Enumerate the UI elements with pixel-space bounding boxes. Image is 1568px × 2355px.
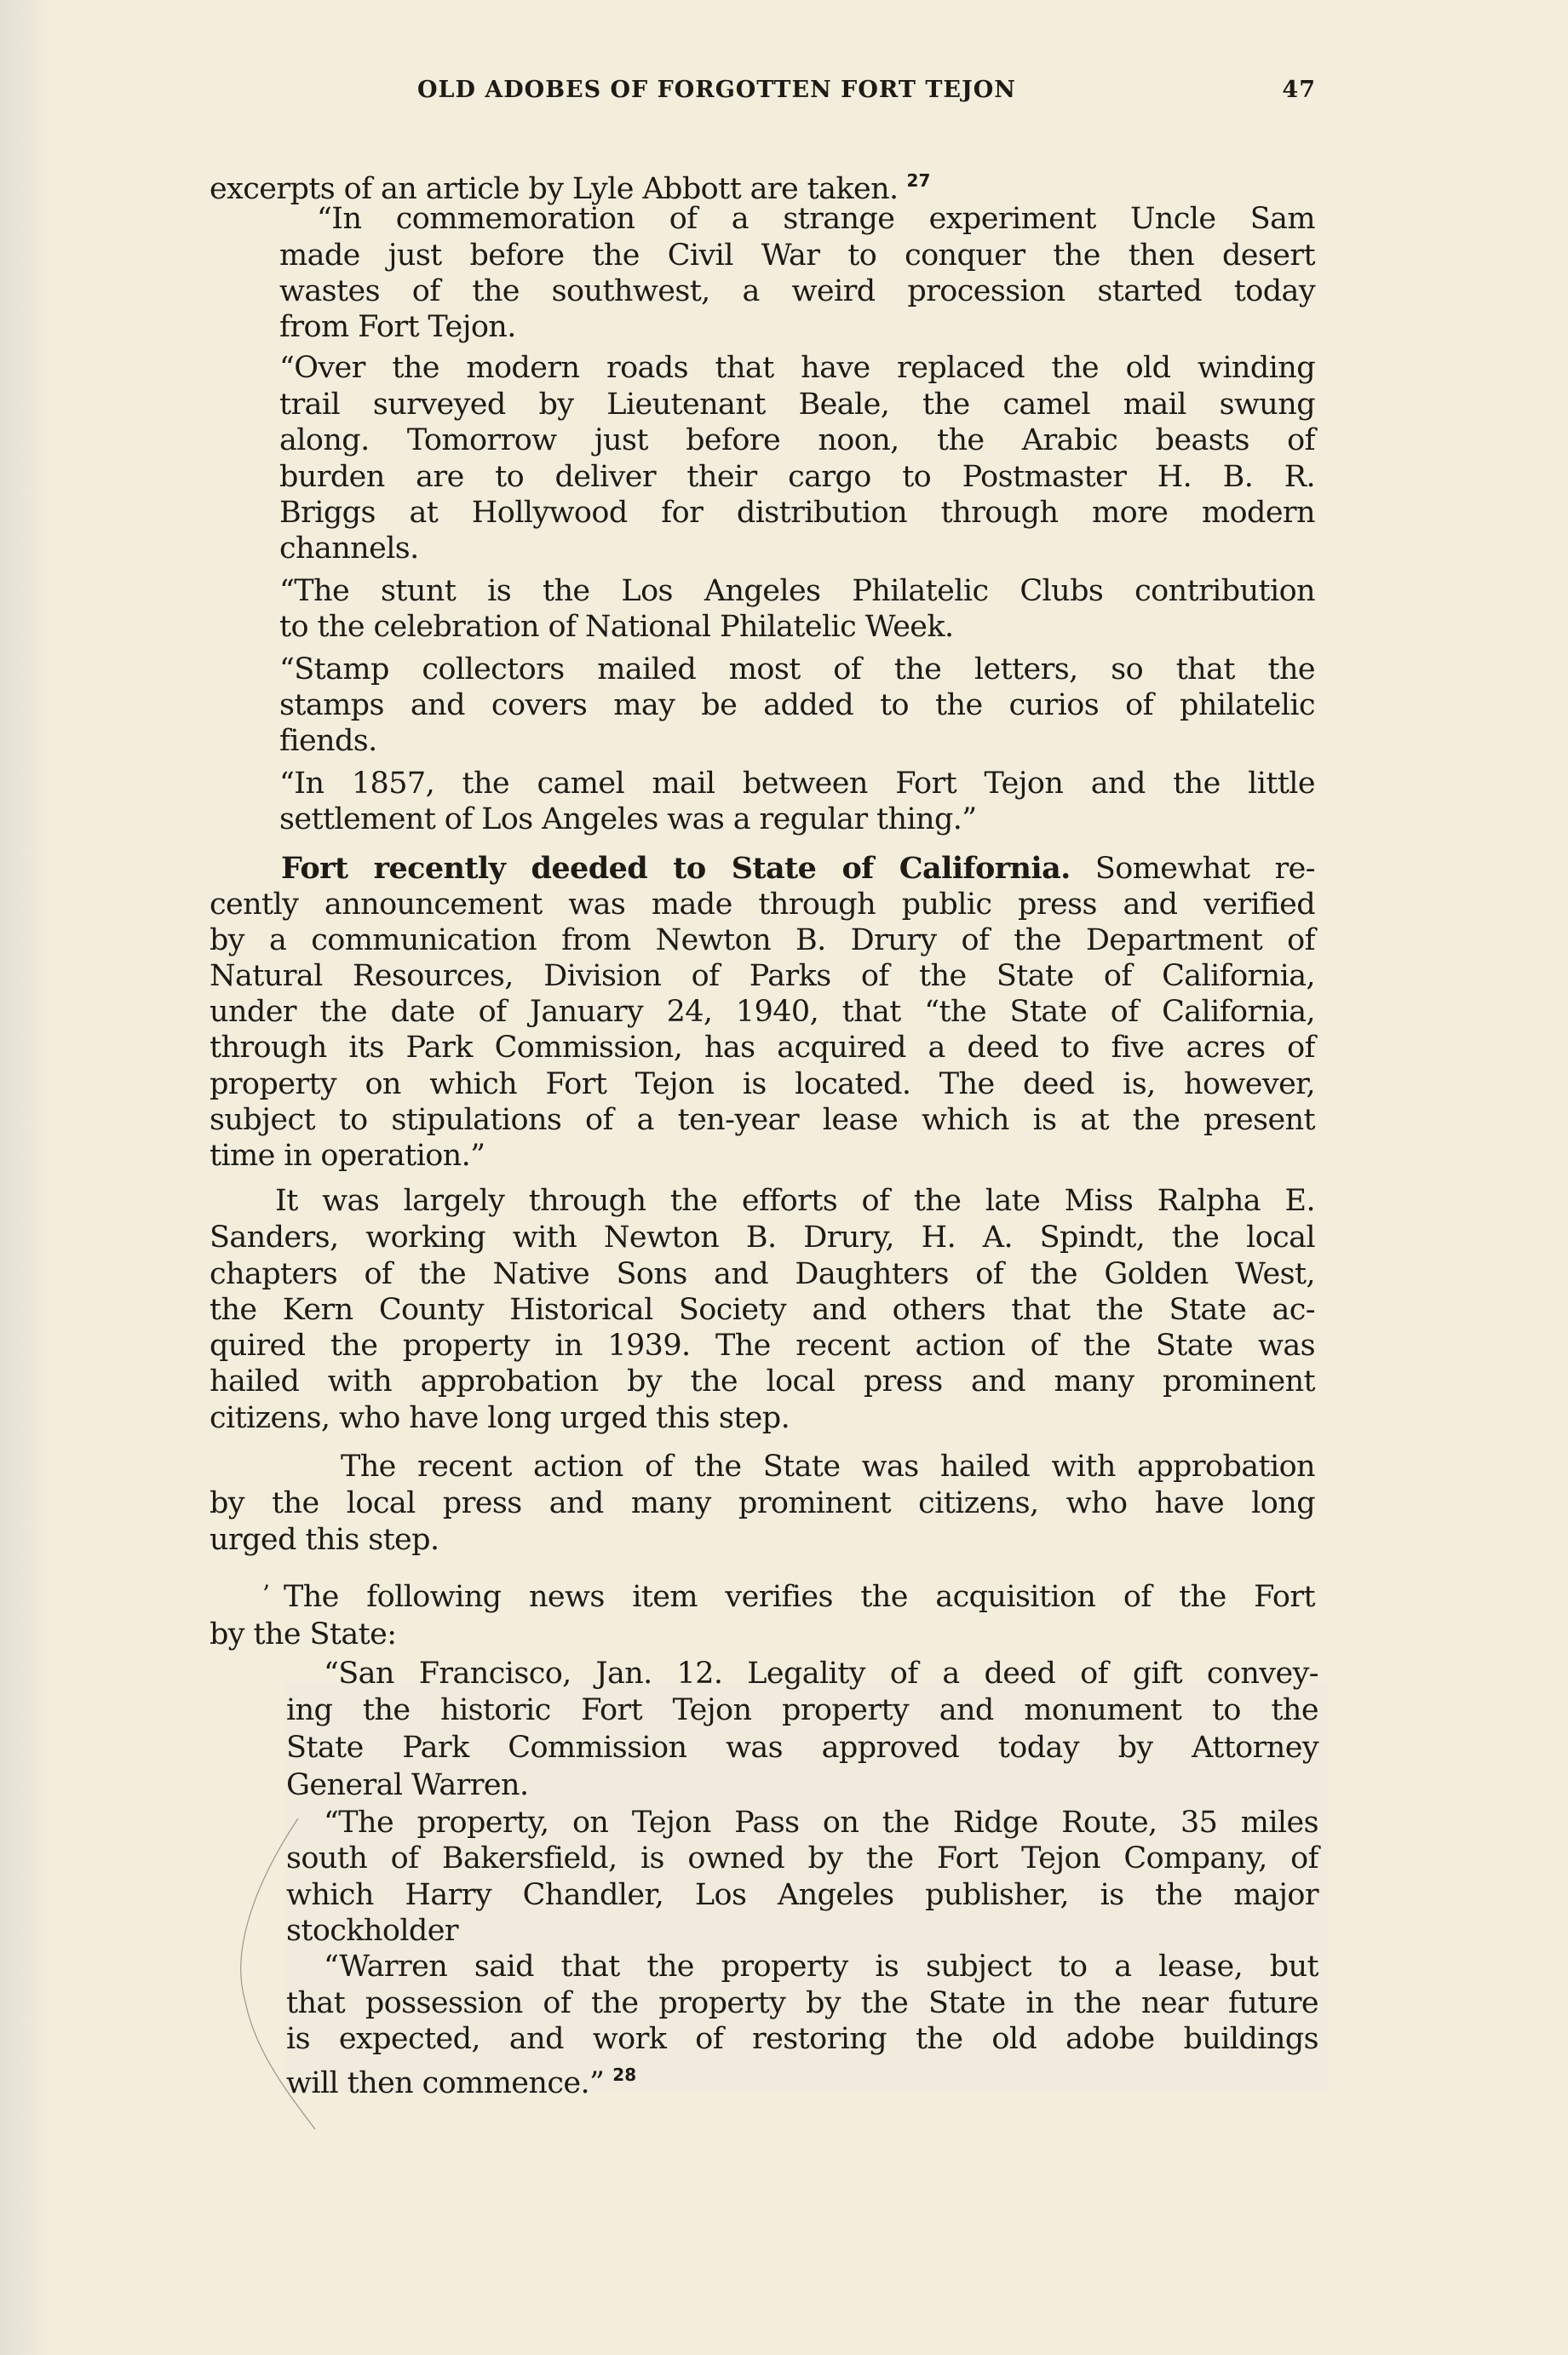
text-line: The recent action of the State was haile…	[341, 1448, 1315, 1485]
text-line: “Stamp collectors mailed most of the let…	[279, 651, 1315, 688]
text-line: “The stunt is the Los Angeles Philatelic…	[279, 572, 1315, 610]
text-line: It was largely through the efforts of th…	[275, 1182, 1315, 1220]
text-line: stockholder	[286, 1912, 1318, 1950]
text-line: to the celebration of National Philateli…	[279, 608, 1315, 646]
text-line: citizens, who have long urged this step.	[210, 1399, 1315, 1437]
text-line: will then commence.”28	[286, 2056, 1318, 2094]
text-line: from Fort Tejon.	[279, 308, 1315, 346]
text-line: Briggs at Hollywood for distribution thr…	[279, 494, 1315, 531]
text-line: by a communication from Newton B. Drury …	[210, 922, 1315, 959]
text-line: through its Park Commission, has acquire…	[210, 1029, 1315, 1066]
text-line: “Warren said that the property is subjec…	[324, 1948, 1318, 1985]
text-line: “Over the modern roads that have replace…	[279, 349, 1315, 387]
footnote-ref: 27	[907, 170, 931, 191]
text-line: burden are to deliver their cargo to Pos…	[279, 458, 1315, 496]
running-header: OLD ADOBES OF FORGOTTEN FORT TEJON 47	[417, 77, 1316, 111]
text-line: “The property, on Tejon Pass on the Ridg…	[324, 1804, 1318, 1841]
text-line: trail surveyed by Lieutenant Beale, the …	[279, 386, 1315, 423]
text-line: by the local press and many prominent ci…	[210, 1485, 1315, 1522]
text-line: stamps and covers may be added to the cu…	[279, 686, 1315, 724]
text-line: “In commemoration of a strange experimen…	[317, 200, 1315, 238]
text-line: Natural Resources, Division of Parks of …	[210, 957, 1315, 995]
text-line: chapters of the Native Sons and Daughter…	[210, 1255, 1315, 1293]
text-line: “San Francisco, Jan. 12. Legality of a d…	[324, 1655, 1318, 1692]
running-title: OLD ADOBES OF FORGOTTEN FORT TEJON	[417, 77, 1016, 103]
stray-mark: ’	[262, 1580, 270, 1608]
text-line: wastes of the southwest, a weird process…	[279, 273, 1315, 310]
text-line: fiends.	[279, 722, 1315, 760]
footnote-ref: 28	[612, 2065, 636, 2085]
text-line: The following news item verifies the acq…	[284, 1578, 1315, 1616]
text-line: that possession of the property by the S…	[286, 1985, 1318, 2022]
text-line: State Park Commission was approved today…	[286, 1729, 1318, 1766]
text-line: by the State:	[210, 1616, 1315, 1653]
text-line: made just before the Civil War to conque…	[279, 237, 1315, 274]
text-line: which Harry Chandler, Los Angeles publis…	[286, 1876, 1318, 1914]
text-line: property on which Fort Tejon is located.…	[210, 1065, 1315, 1103]
text-line: excerpts of an article by Lyle Abbott ar…	[210, 162, 1317, 199]
text-line: urged this step.	[210, 1521, 1315, 1559]
text-line: south of Bakersfield, is owned by the Fo…	[286, 1840, 1318, 1877]
text-line: channels.	[279, 530, 1315, 567]
section-heading: Fort recently deeded to State of Califor…	[281, 851, 1071, 886]
page-edge-shadow	[0, 0, 51, 2355]
text-line: under the date of January 24, 1940, that…	[210, 993, 1315, 1031]
text-line: along. Tomorrow just before noon, the Ar…	[279, 422, 1315, 459]
text-line: the Kern County Historical Society and o…	[210, 1291, 1315, 1329]
text-line: “In 1857, the camel mail between Fort Te…	[279, 765, 1315, 802]
text-line: General Warren.	[286, 1766, 1318, 1804]
text-line: hailed with approbation by the local pre…	[210, 1363, 1315, 1400]
text-line: quired the property in 1939. The recent …	[210, 1327, 1315, 1364]
page-number: 47	[1282, 77, 1316, 103]
text-line: settlement of Los Angeles was a regular …	[279, 801, 1315, 838]
text-line: time in operation.”	[210, 1137, 1315, 1175]
text-line: cently announcement was made through pub…	[210, 886, 1315, 923]
text-line: ing the historic Fort Tejon property and…	[286, 1692, 1318, 1729]
text-line: subject to stipulations of a ten-year le…	[210, 1101, 1315, 1139]
text-line: is expected, and work of restoring the o…	[286, 2020, 1318, 2058]
text-line: Sanders, working with Newton B. Drury, H…	[210, 1219, 1315, 1256]
text-line: Fort recently deeded to State of Califor…	[281, 850, 1315, 887]
